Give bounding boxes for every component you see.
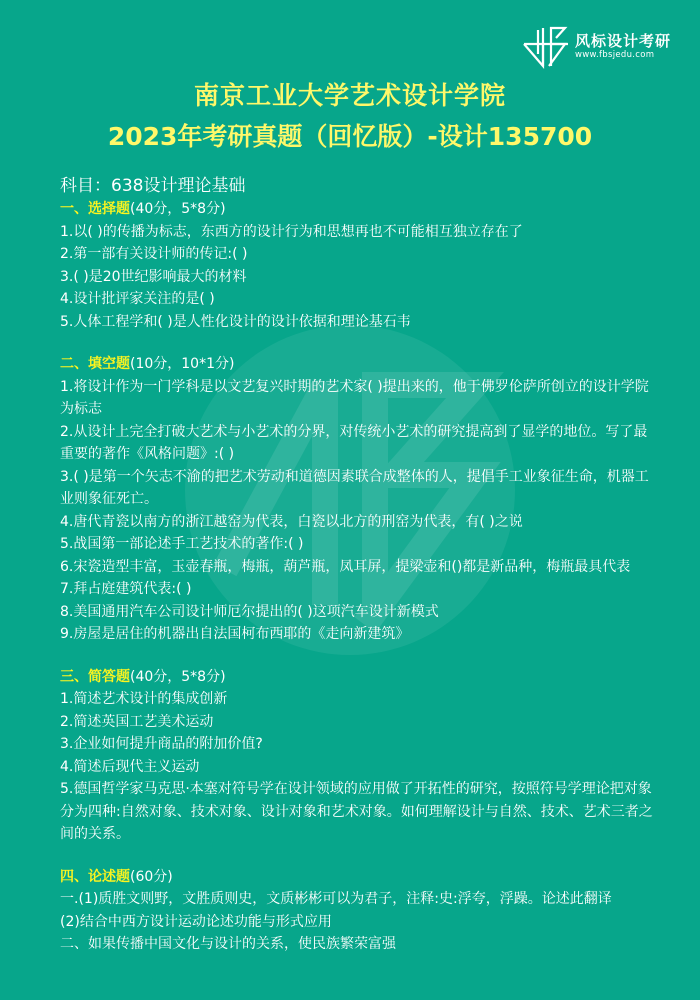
question-item: 1.以( )的传播为标志，东西方的设计行为和思想再也不可能相互独立存在了	[60, 221, 655, 244]
section-gap	[60, 646, 655, 666]
section-heading: 二、填空题(10分，10*1分)	[60, 353, 655, 376]
section-score: (60分)	[130, 869, 173, 885]
section-essay: 四、论述题(60分) 一.(1)质胜文则野，文胜质则史，文质彬彬可以为君子，注释…	[60, 866, 655, 956]
question-item: 1.简述艺术设计的集成创新	[60, 688, 655, 711]
section-gap	[60, 846, 655, 866]
exam-content: 科目：638设计理论基础 一、选择题(40分，5*8分) 1.以( )的传播为标…	[60, 175, 655, 956]
brand-url: www.fbsjedu.com	[575, 50, 671, 61]
question-item: 一.(1)质胜文则野，文胜质则史，文质彬彬可以为君子，注释:史:浮夸，浮躁。论述…	[60, 888, 655, 911]
section-score: (40分，5*8分)	[130, 669, 226, 685]
section-gap	[60, 333, 655, 353]
question-item: 4.设计批评家关注的是( )	[60, 288, 655, 311]
page-title-line-1: 南京工业大学艺术设计学院	[0, 76, 700, 112]
section-number: 三、	[60, 669, 88, 685]
question-item: 9.房屋是居住的机器出自法国柯布西耶的《走向新建筑》	[60, 623, 655, 646]
subject-line: 科目：638设计理论基础	[60, 175, 655, 197]
question-item: 7.拜占庭建筑代表:( )	[60, 578, 655, 601]
question-item: 3.( )是20世纪影响最大的材料	[60, 266, 655, 289]
section-heading: 三、简答题(40分，5*8分)	[60, 666, 655, 689]
section-heading: 一、选择题(40分，5*8分)	[60, 198, 655, 221]
question-item: 5.战国第一部论述手工艺技术的著作:( )	[60, 533, 655, 556]
question-item: 3.( )是第一个矢志不渝的把艺术劳动和道德因素联合成整体的人，提倡手工业象征生…	[60, 466, 655, 511]
section-number: 四、	[60, 869, 88, 885]
brand-header: 风标设计考研 www.fbsjedu.com	[521, 24, 671, 70]
section-name: 论述题	[88, 869, 130, 885]
fbs-logo-icon	[521, 24, 571, 70]
question-item: 5.人体工程学和( )是人性化设计的设计依据和理论基石韦	[60, 311, 655, 334]
section-name: 选择题	[88, 201, 130, 217]
section-score: (10分，10*1分)	[130, 356, 234, 372]
page-title-line-2: 2023年考研真题（回忆版）-设计135700	[0, 117, 700, 153]
question-item: 2.第一部有关设计师的传记:( )	[60, 243, 655, 266]
question-item: 2.简述英国工艺美术运动	[60, 711, 655, 734]
question-item: 1.将设计作为一门学科是以文艺复兴时期的艺术家( )提出来的，他于佛罗伦萨所创立…	[60, 376, 655, 421]
section-score: (40分，5*8分)	[130, 201, 226, 217]
question-item: 4.简述后现代主义运动	[60, 756, 655, 779]
section-number: 二、	[60, 356, 88, 372]
question-item: 8.美国通用汽车公司设计师厄尔提出的( )这项汽车设计新模式	[60, 601, 655, 624]
section-multiple-choice: 一、选择题(40分，5*8分) 1.以( )的传播为标志，东西方的设计行为和思想…	[60, 198, 655, 333]
question-item: 5.德国哲学家马克思·本塞对符号学在设计领域的应用做了开拓性的研究，按照符号学理…	[60, 778, 655, 846]
question-item: 3.企业如何提升商品的附加价值?	[60, 733, 655, 756]
section-name: 填空题	[88, 356, 130, 372]
section-heading: 四、论述题(60分)	[60, 866, 655, 889]
section-number: 一、	[60, 201, 88, 217]
section-short-answer: 三、简答题(40分，5*8分) 1.简述艺术设计的集成创新 2.简述英国工艺美术…	[60, 666, 655, 846]
question-item: (2)结合中西方设计运动论述功能与形式应用	[60, 911, 655, 934]
brand-name: 风标设计考研	[575, 33, 671, 50]
section-fill-in-blank: 二、填空题(10分，10*1分) 1.将设计作为一门学科是以文艺复兴时期的艺术家…	[60, 353, 655, 646]
question-item: 2.从设计上完全打破大艺术与小艺术的分界，对传统小艺术的研究提高到了显学的地位。…	[60, 421, 655, 466]
section-name: 简答题	[88, 669, 130, 685]
question-item: 4.唐代青瓷以南方的浙江越窑为代表，白瓷以北方的刑窑为代表，有( )之说	[60, 511, 655, 534]
question-item: 二、如果传播中国文化与设计的关系，使民族繁荣富强	[60, 933, 655, 956]
question-item: 6.宋瓷造型丰富，玉壶春瓶，梅瓶，葫芦瓶，凤耳屏，提梁壶和()都是新品种，梅瓶最…	[60, 556, 655, 579]
